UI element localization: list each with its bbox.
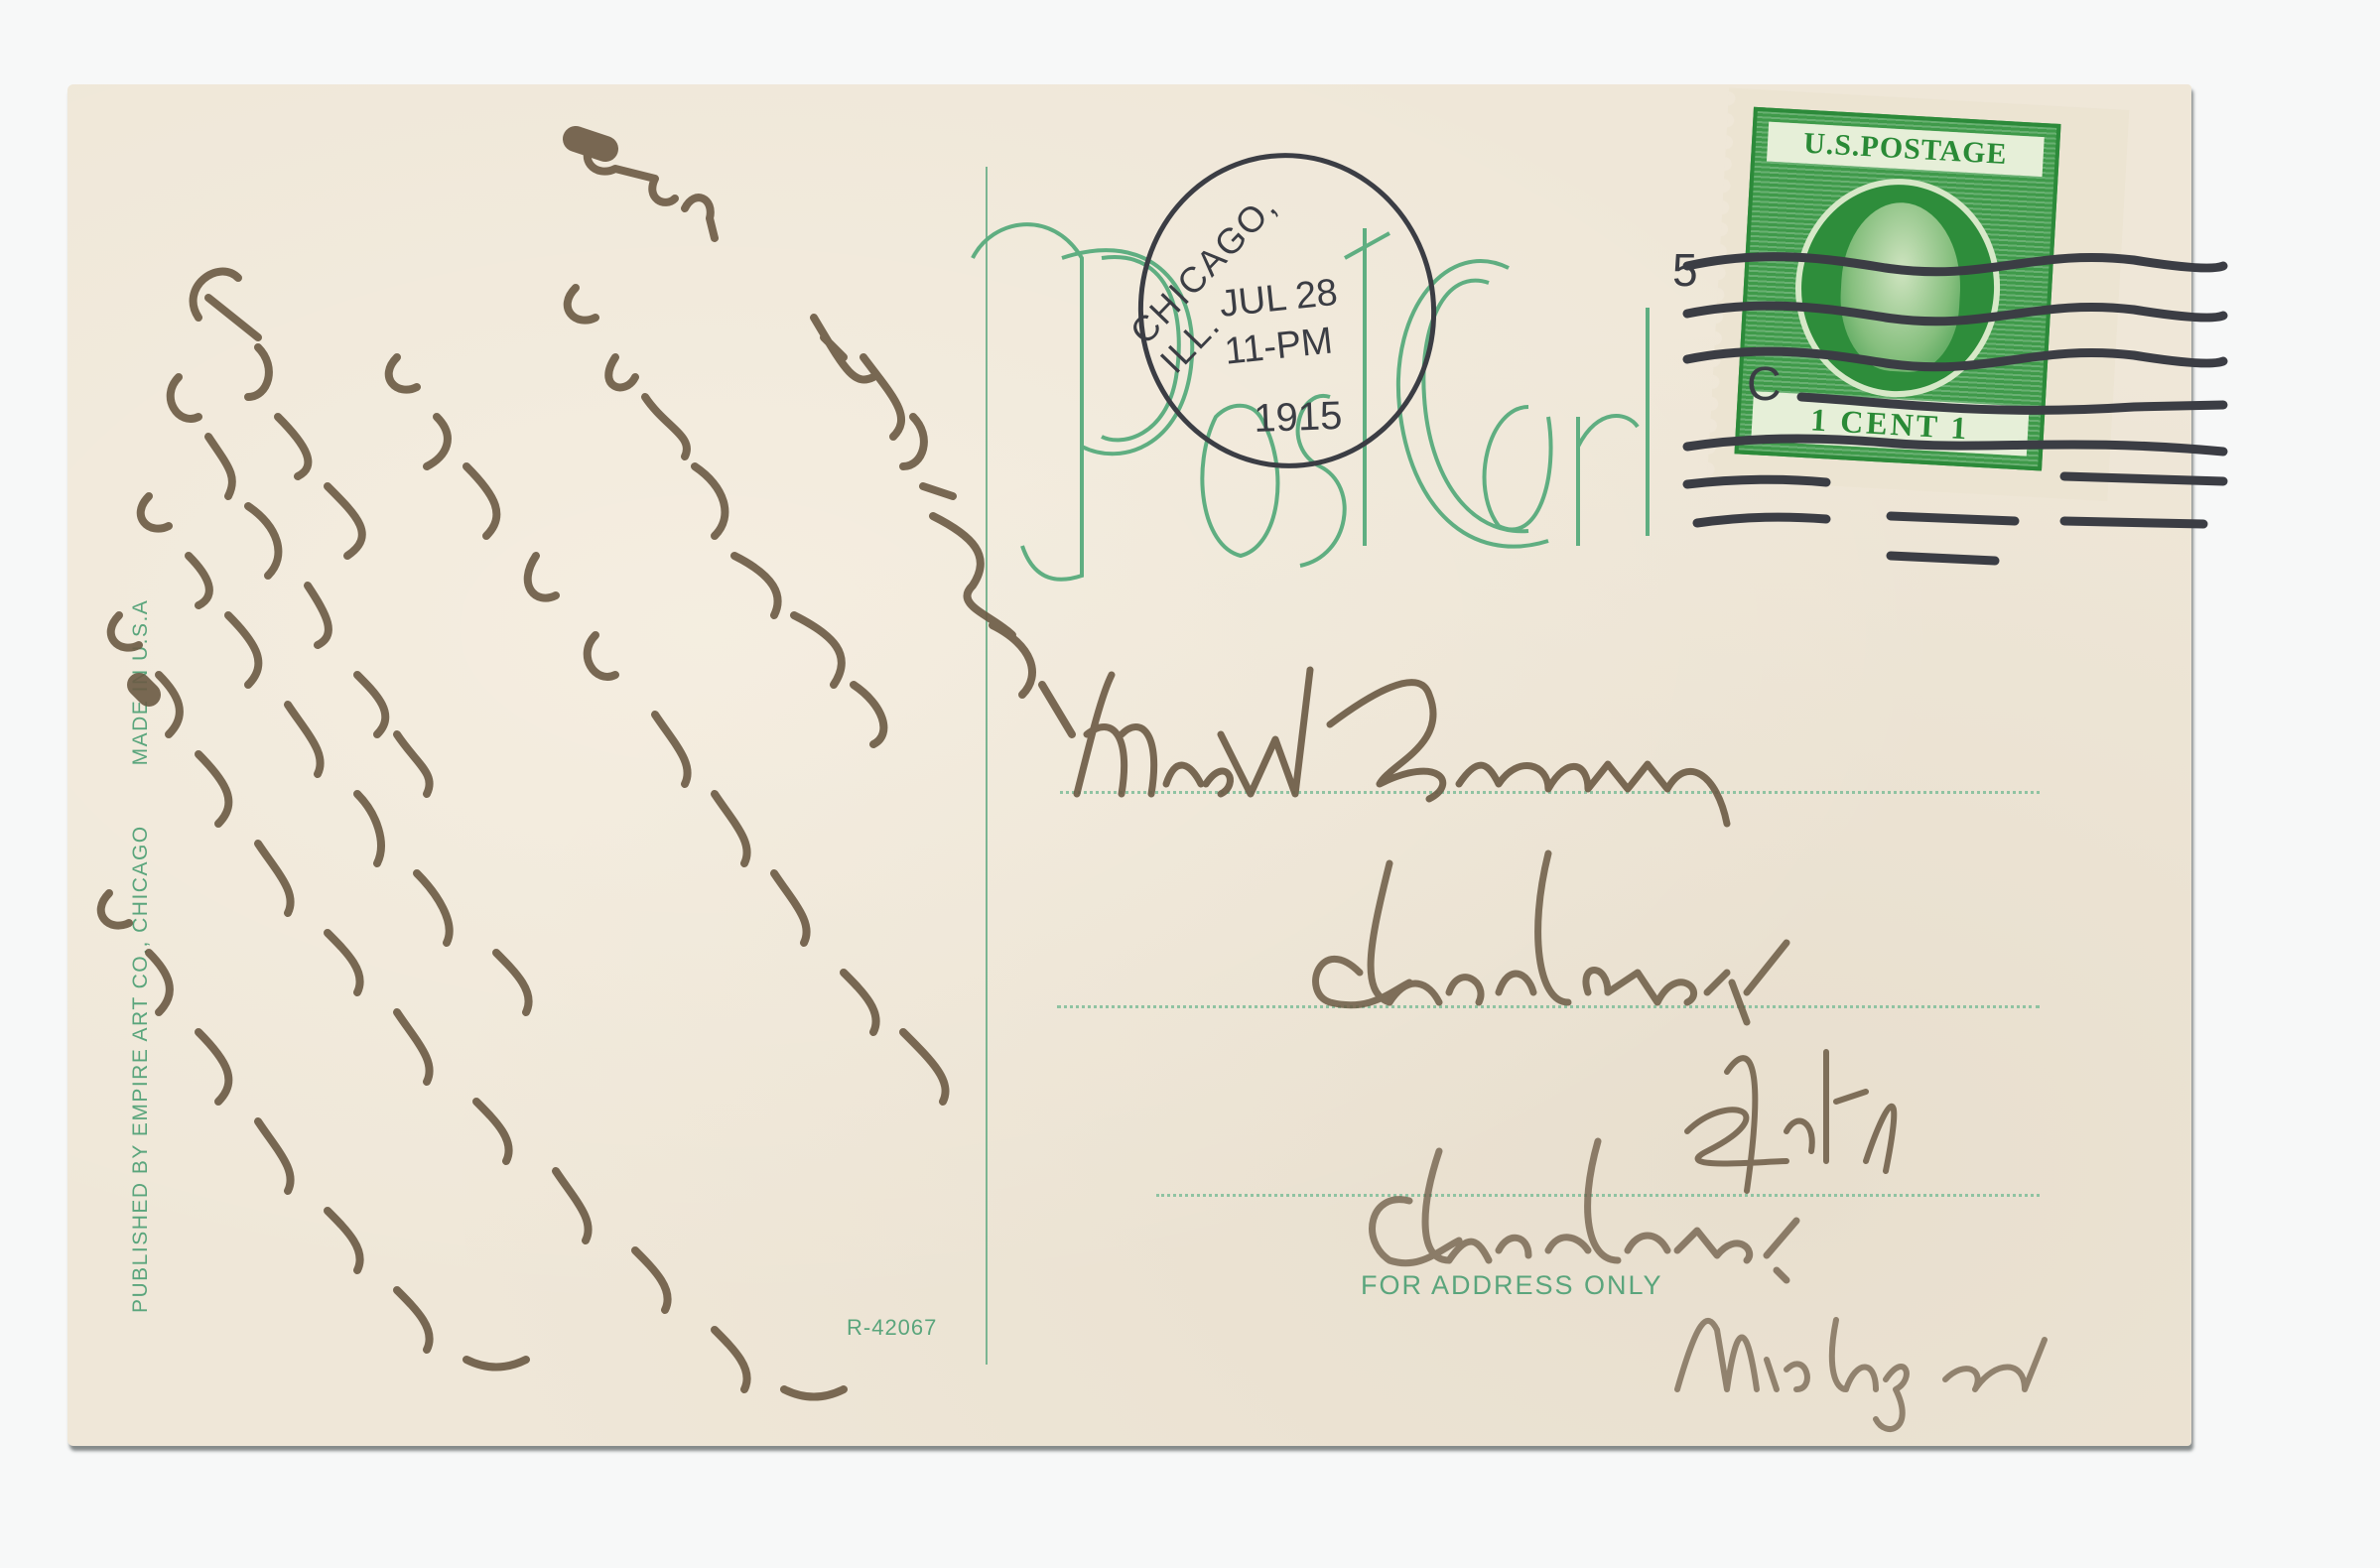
message-script xyxy=(101,139,1072,1397)
address-state-script xyxy=(1677,1320,2045,1429)
address-city-script xyxy=(1316,853,1786,1022)
address-hotel-script xyxy=(1687,1052,1894,1191)
handwritten-ink xyxy=(0,0,2380,1568)
address-name-script xyxy=(1077,670,1727,824)
